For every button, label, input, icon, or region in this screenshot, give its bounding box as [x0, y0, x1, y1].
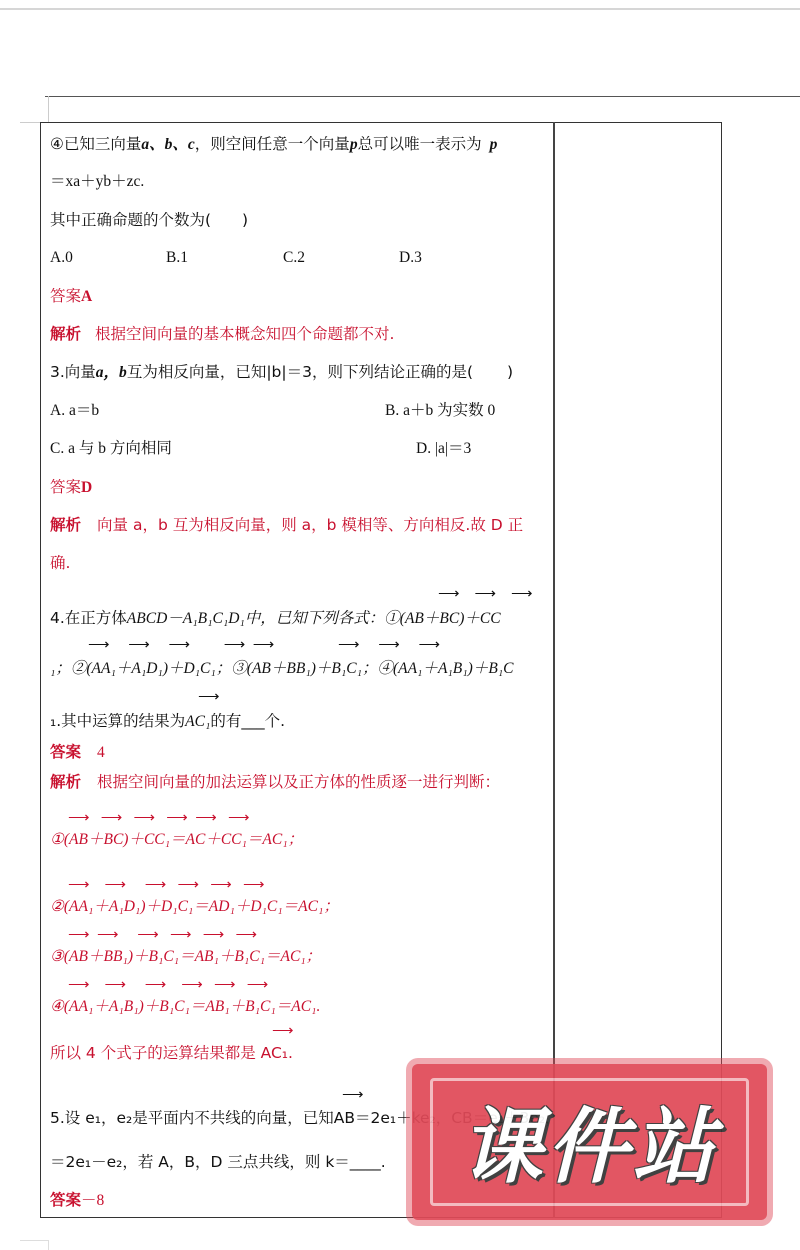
text: 4.在正方体: [50, 609, 127, 627]
q3-stem: 3.向量a，b互为相反向量，已知|b|＝3，则下列结论正确的是(): [50, 362, 513, 383]
answer-value: A: [81, 288, 92, 305]
vector-arrows: ⟶: [342, 1085, 364, 1104]
vector: AC₁: [185, 713, 210, 730]
q3-analysis: 解析向量 a，b 互为相反向量，则 a，b 模相等、方向相反.故 D 正: [50, 515, 523, 535]
answer-label: 答案: [50, 478, 81, 496]
q4-step-4: ④(AA₁＋A₁B₁)＋B₁C₁＝AB₁＋B₁C₁＝AC₁.: [50, 997, 320, 1017]
q3-option-a: A. a＝b: [50, 401, 99, 421]
option-b: B.1: [166, 248, 188, 268]
table-column-divider: [553, 122, 555, 1218]
q4-step-1: ①(AB＋BC)＋CC₁＝AC＋CC₁＝AC₁；: [50, 830, 303, 850]
q4-step-2: ②(AA₁＋A₁D₁)＋D₁C₁＝AD₁＋D₁C₁＝AC₁；: [50, 897, 339, 917]
vector-arrows: ⟶ ⟶ ⟶ ⟶ ⟶ ⟶ ⟶ ⟶: [88, 635, 440, 654]
watermark-stamp: 课件站: [412, 1064, 767, 1220]
vars: a，b: [96, 364, 127, 381]
q4-step-3: ③(AB＋BB₁)＋B₁C₁＝AB₁＋B₁C₁＝AC₁；: [50, 947, 321, 967]
answer-label: 答案: [50, 743, 81, 761]
analysis-label: 解析: [50, 325, 81, 343]
text: 总可以唯一表示为: [358, 135, 482, 153]
vector-arrows: ⟶ ⟶ ⟶ ⟶ ⟶ ⟶: [68, 875, 265, 894]
answer-value: D: [81, 479, 92, 496]
cube-name: ABCD－A₁B₁C₁D₁: [127, 610, 245, 627]
q3-option-b: B. a＋b 为实数 0: [385, 401, 495, 421]
analysis-line: 解析根据空间向量的基本概念知四个命题都不对.: [50, 324, 394, 344]
analysis-text: 根据空间向量的基本概念知四个命题都不对.: [95, 325, 394, 343]
vector-arrows: ⟶ ⟶ ⟶: [438, 584, 533, 603]
statement-4-line2: ＝xa＋yb＋zc.: [50, 172, 144, 192]
text: 互为相反向量，已知|b|＝3，则下列结论正确的是(: [127, 363, 473, 381]
q4-line2: ₁；②(AA₁＋A₁D₁)＋D₁C₁；③(AB＋BB₁)＋B₁C₁；④(AA₁＋…: [50, 659, 514, 679]
analysis-label: 解析: [50, 773, 81, 791]
answer-value: 4: [97, 744, 105, 761]
text: 中，已知下列各式：①(AB＋BC)＋CC: [245, 610, 501, 627]
margin-marker: [20, 1240, 49, 1250]
q4-conclusion: 所以 4 个式子的运算结果都是 AC₁.: [50, 1043, 293, 1063]
var-p: p: [490, 136, 498, 153]
answer-line: 答案A: [50, 286, 92, 307]
answer-label: 答案: [50, 287, 81, 305]
q3-answer: 答案D: [50, 477, 92, 498]
vector-arrows: ⟶ ⟶ ⟶ ⟶ ⟶ ⟶: [68, 808, 250, 827]
margin-marker: [20, 122, 40, 123]
q3-option-c: C. a 与 b 方向相同: [50, 439, 172, 459]
vector-arrows: ⟶ ⟶ ⟶ ⟶ ⟶ ⟶: [68, 975, 268, 994]
analysis-label: 解析: [50, 516, 81, 534]
option-c: C.2: [283, 248, 305, 268]
var-p: p: [350, 136, 358, 153]
q3-option-d: D. |a|＝3: [416, 439, 471, 459]
margin-marker: [48, 96, 49, 122]
q4-analysis: 解析根据空间向量的加法运算以及正方体的性质逐一进行判断：: [50, 772, 500, 792]
text: ，则空间任意一个向量: [195, 135, 350, 153]
answer-value: －8: [81, 1192, 104, 1209]
vector-arrows: ⟶ ⟶ ⟶ ⟶ ⟶ ⟶: [68, 925, 257, 944]
option-a: A.0: [50, 248, 73, 268]
text: ④已知三向量: [50, 135, 141, 153]
q5-line2: ＝2e₁－e₂，若 A，B，D 三点共线，则 k＝____.: [50, 1152, 386, 1172]
watermark-text: 课件站: [412, 1082, 767, 1199]
text: ₁.其中运算的结果为: [50, 712, 185, 730]
vector-arrows: ⟶: [198, 687, 220, 706]
answer-label: 答案: [50, 1191, 81, 1209]
q4-line3: ₁.其中运算的结果为AC₁的有___个.: [50, 711, 285, 732]
top-rule: [0, 8, 800, 10]
question-prompt: 其中正确命题的个数为( ): [50, 210, 248, 230]
q4-answer: 答案4: [50, 742, 105, 763]
text: 的有___个.: [210, 712, 285, 730]
vars: a、b、c: [141, 136, 194, 153]
analysis-text: 向量 a，b 互为相反向量，则 a，b 模相等、方向相反.故 D 正: [97, 516, 523, 534]
page-header-rule: [45, 96, 800, 97]
q4-line1: 4.在正方体ABCD－A₁B₁C₁D₁中，已知下列各式：①(AB＋BC)＋CC: [50, 608, 501, 629]
analysis-text: 根据空间向量的加法运算以及正方体的性质逐一进行判断：: [97, 773, 500, 791]
option-d: D.3: [399, 248, 422, 268]
vector-arrows: ⟶: [272, 1021, 294, 1040]
q5-answer: 答案－8: [50, 1190, 104, 1211]
statement-4-line1: ④已知三向量a、b、c，则空间任意一个向量p总可以唯一表示为p: [50, 134, 497, 155]
q3-analysis-cont: 确.: [50, 553, 70, 573]
text: ): [507, 363, 513, 381]
text: 3.向量: [50, 363, 96, 381]
